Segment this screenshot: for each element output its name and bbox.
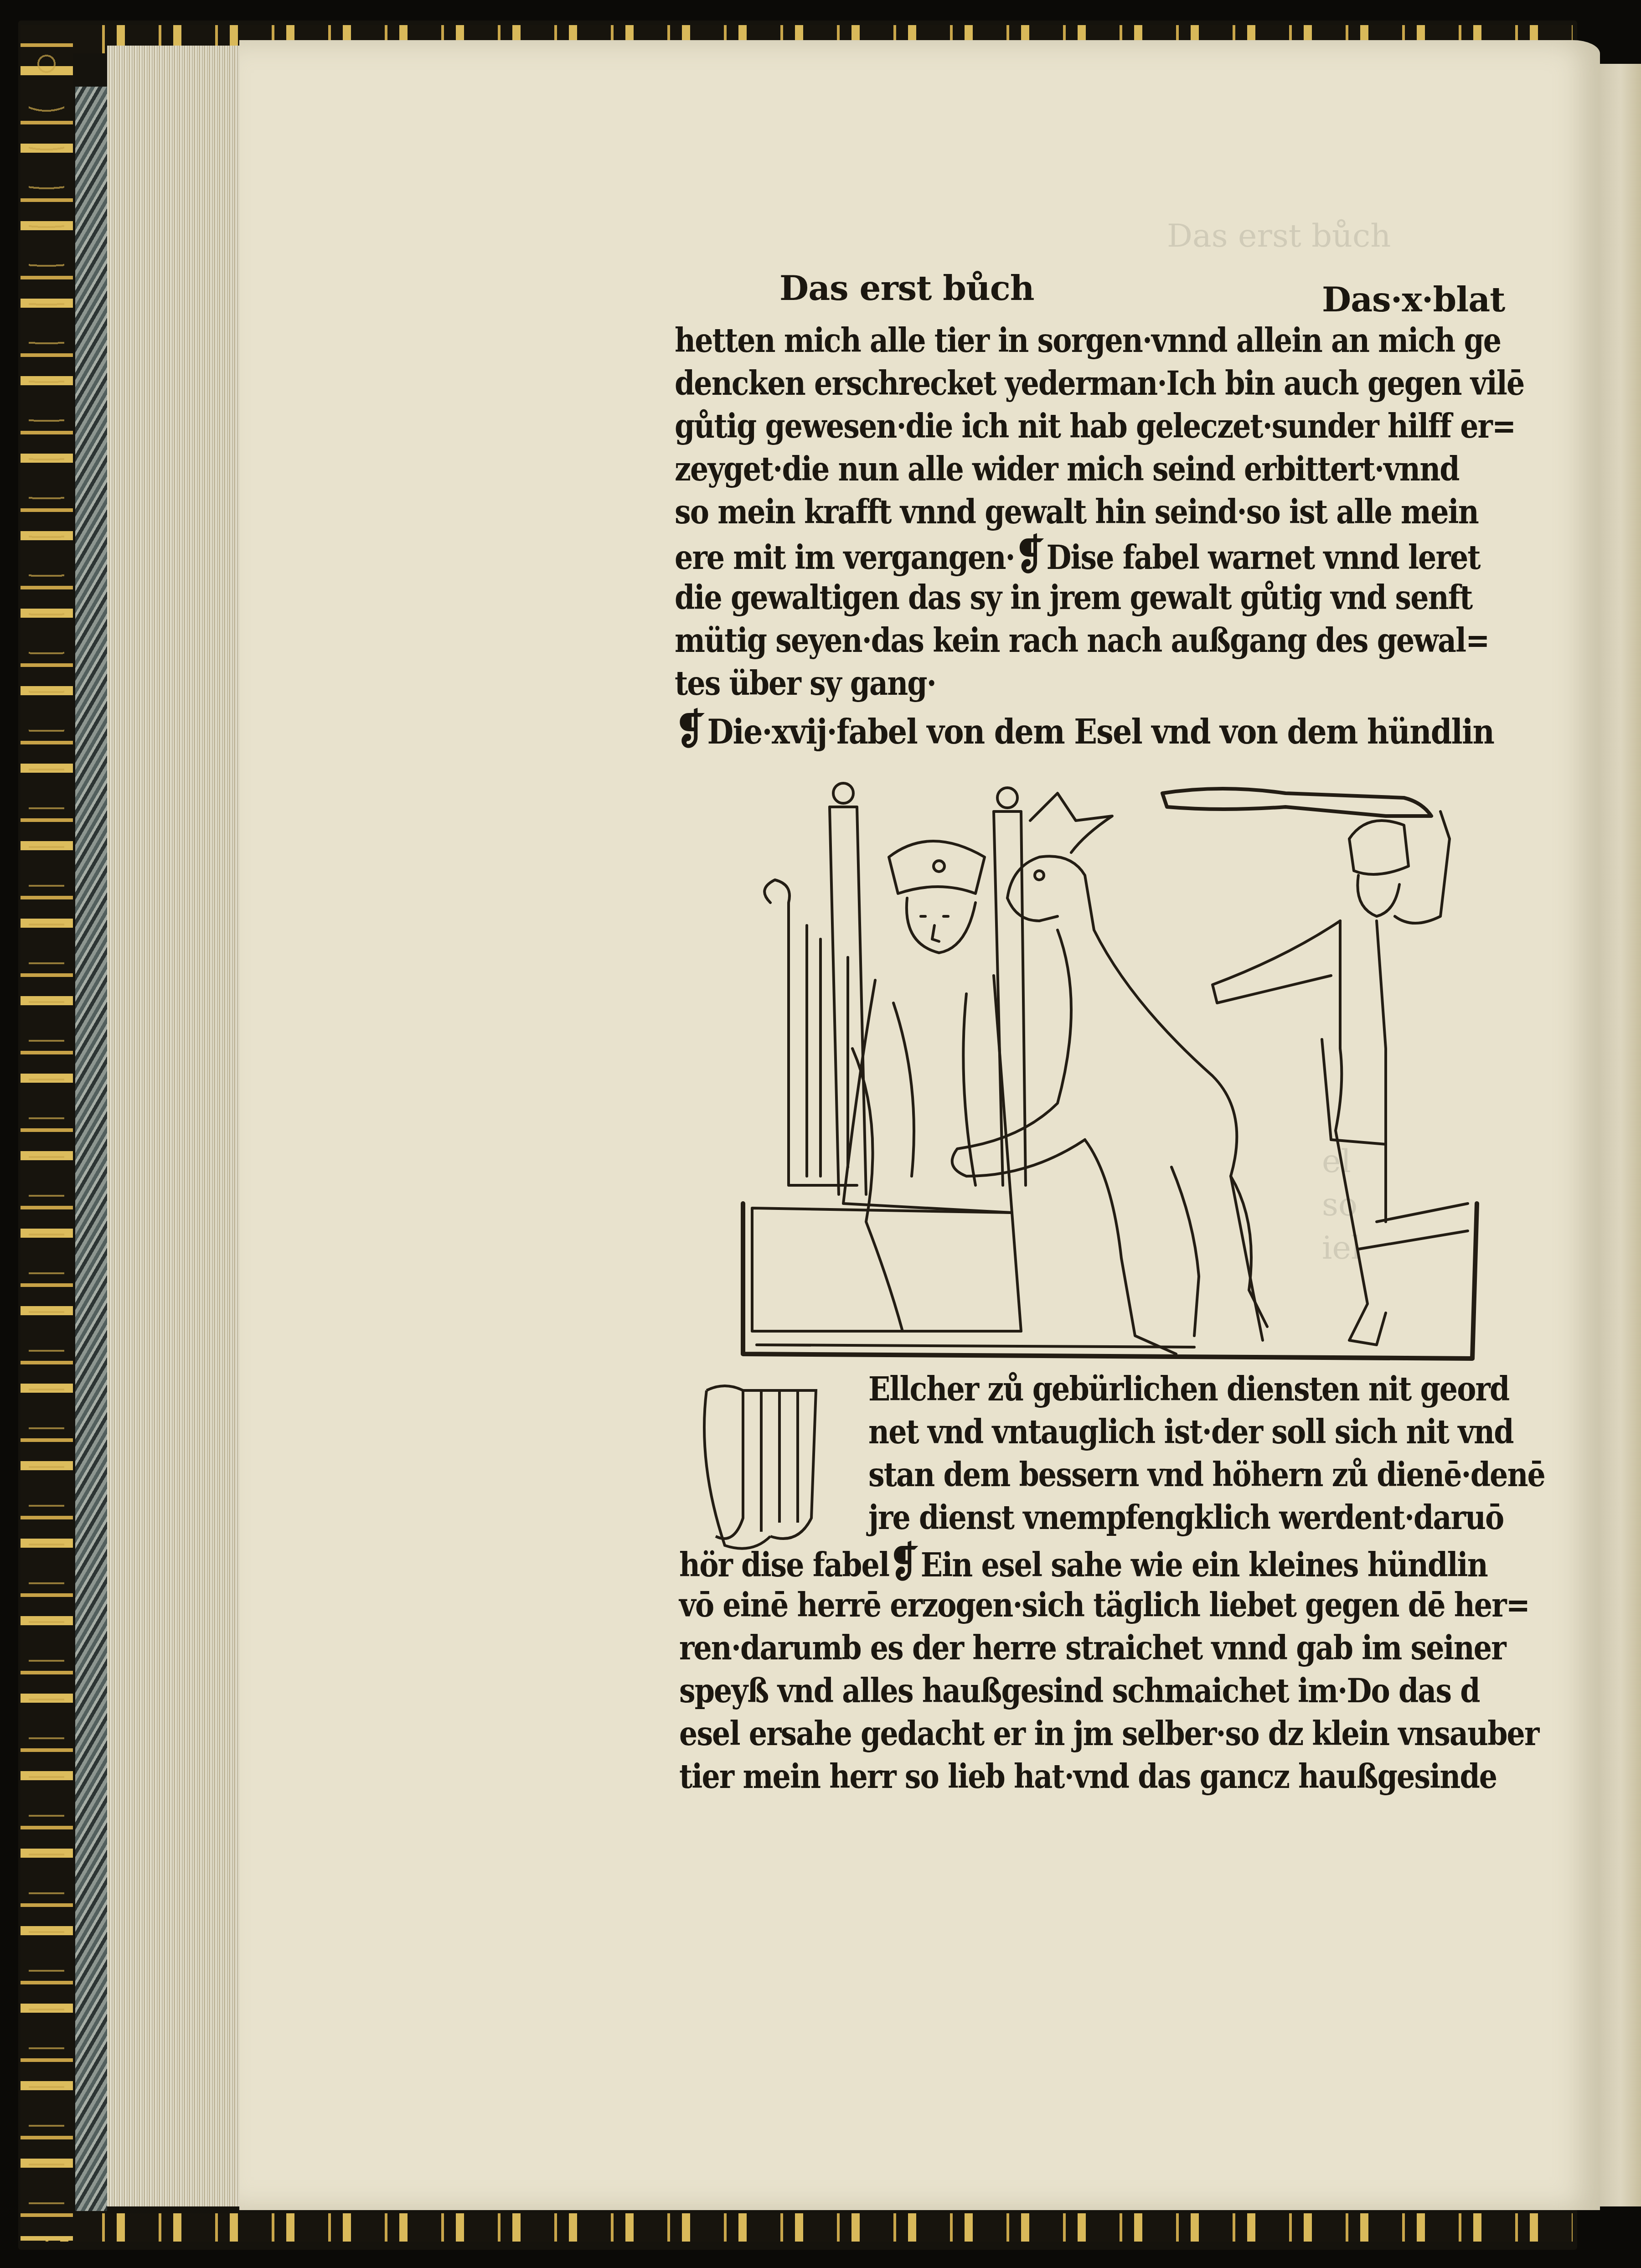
running-head-left: Das erst bůch — [779, 269, 1034, 308]
text-line: jre dienst vnempfengklich werdent·daruō — [868, 1496, 1494, 1539]
initial-w-icon — [697, 1372, 848, 1559]
fable-heading: ❡Die·xvij·fabel von dem Esel vnd von dem… — [675, 707, 1495, 755]
text-line: ren·darumb es der herre straichet vnnd g… — [679, 1627, 1481, 1669]
text-block-indented: Ellcher zů gebürlichen diensten nit geor… — [868, 1368, 1579, 1539]
text-line: gůtig gewesen·die ich nit hab geleczet·s… — [675, 405, 1477, 448]
gilt-border-bottom — [32, 2213, 1573, 2242]
pilcrow-icon: ❡ — [675, 705, 705, 754]
running-head: Das erst bůch Das·x·blat — [675, 269, 1586, 319]
pilcrow-icon: ❡ — [889, 1538, 918, 1586]
fable-title: Die·xvij·fabel von dem Esel vnd von dem … — [707, 713, 1494, 752]
text-line: esel ersahe gedacht er in jm selber·so d… — [679, 1712, 1481, 1755]
text-segment: hör dise fabel — [679, 1545, 889, 1584]
text-line: stan dem bessern vnd höhern zů dienē·den… — [868, 1453, 1494, 1496]
text-line: die gewaltigen das sy in jrem gewalt gůt… — [675, 576, 1477, 619]
text-line: tier mein herr so lieb hat·vnd das gancz… — [679, 1755, 1481, 1798]
text-block-top: Das erst bůch Das·x·blat hetten mich all… — [675, 269, 1586, 755]
show-through-text: Das erst bůch — [1167, 214, 1391, 258]
text-block-bottom: hör dise fabel❡Ein esel sahe wie ein kle… — [679, 1541, 1591, 1798]
text-segment: Ein esel sahe wie ein kleines hündlin — [921, 1545, 1487, 1584]
decorated-initial: W — [697, 1372, 848, 1559]
text-line: net vnd vntauglich ist·der soll sich nit… — [868, 1410, 1494, 1453]
text-line: Ellcher zů gebürlichen diensten nit geor… — [868, 1368, 1494, 1410]
ass-and-lapdog-woodcut-icon — [738, 766, 1513, 1368]
marbled-endpaper — [75, 87, 107, 2211]
text-line: ere mit im vergangen·❡Dise fabel warnet … — [675, 533, 1477, 576]
text-line: mütig seyen·das kein rach nach außgang d… — [675, 619, 1477, 662]
facing-page-edge — [1600, 64, 1641, 2206]
woodcut-illustration — [738, 766, 1513, 1368]
page-edges — [107, 46, 244, 2206]
moral-text: Dise fabel warnet vnnd leret — [1046, 538, 1480, 577]
text-line: hör dise fabel❡Ein esel sahe wie ein kle… — [679, 1541, 1481, 1584]
text-line: hetten mich alle tier in sorgen·vnnd all… — [675, 319, 1477, 362]
folio-number: Das·x·blat — [1322, 280, 1505, 320]
text-line: speyß vnd alles haußgesind schmaichet im… — [679, 1669, 1481, 1712]
text-line: tes über sy gang· — [675, 662, 1477, 705]
text-line: so mein krafft vnnd gewalt hin seind·so … — [675, 491, 1477, 533]
text-line: zeyget·die nun alle wider mich seind erb… — [675, 448, 1477, 491]
text-segment: ere mit im vergangen· — [675, 538, 1015, 577]
text-line: vō einē herrē erzogen·sich täglich liebe… — [679, 1584, 1481, 1627]
text-line: dencken erschrecket yederman·Ich bin auc… — [675, 362, 1477, 405]
gilt-border-left — [21, 25, 73, 2241]
pilcrow-icon: ❡ — [1015, 531, 1044, 579]
